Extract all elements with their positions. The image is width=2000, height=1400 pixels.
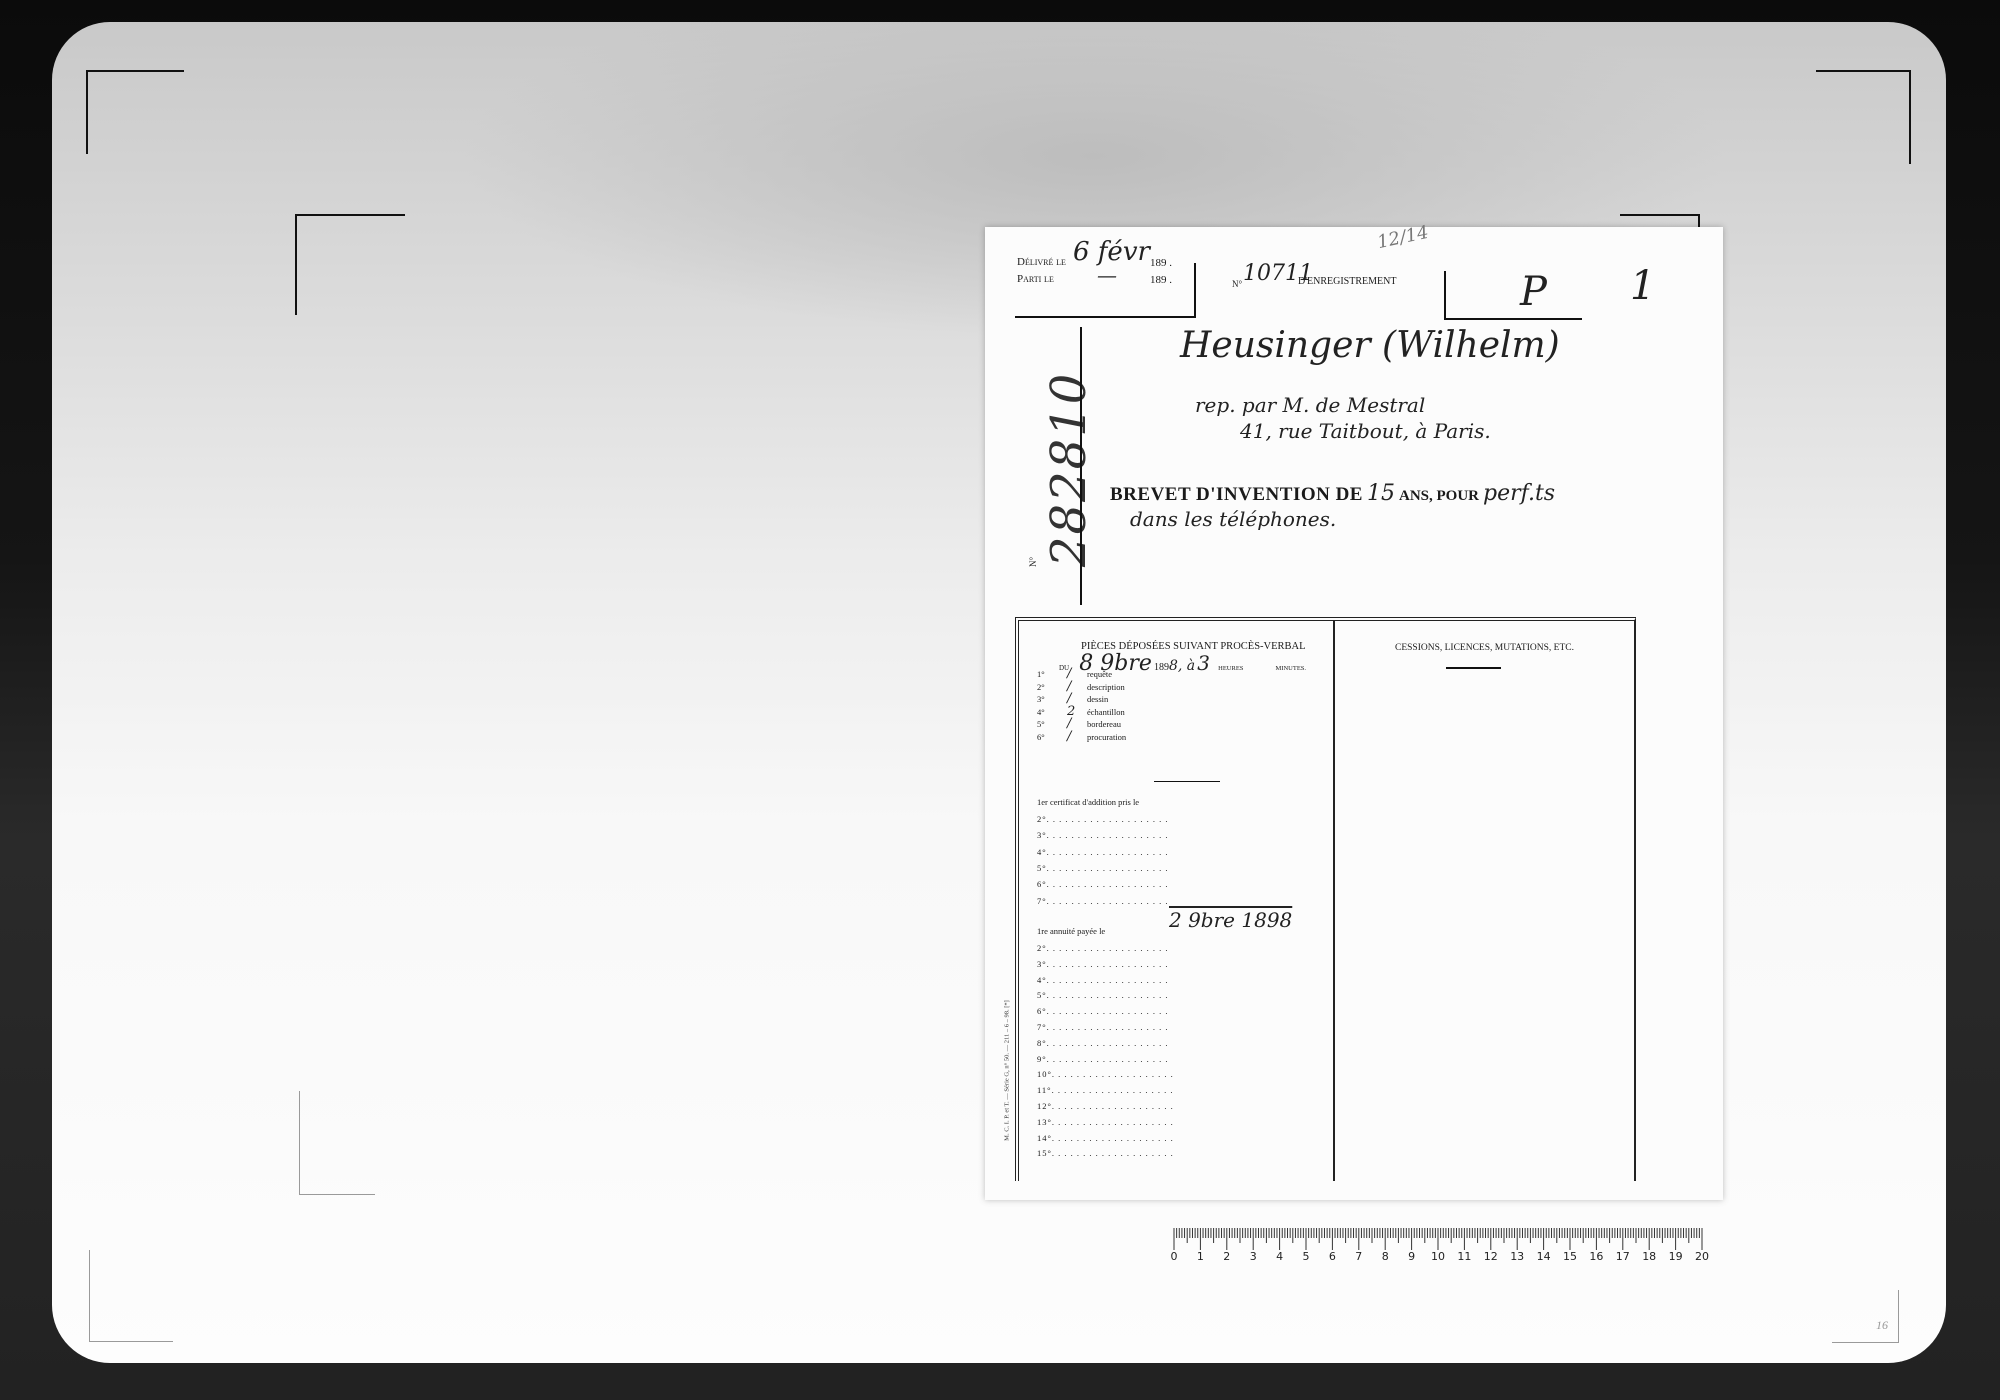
corner-note: 16 [1876,1318,1888,1333]
annuity-row: 11°. . . . . . . . . . . . . . . . . . .… [1037,1085,1173,1095]
ruler-label: 19 [1669,1250,1683,1263]
class-box-underline [1444,318,1582,320]
crop-mark-bottom-left-inner [299,1091,375,1195]
ruler-label: 3 [1250,1250,1257,1263]
ruler-label: 16 [1589,1250,1603,1263]
ruler-label: 17 [1616,1250,1630,1263]
delivered-year: 189 . [1150,257,1172,269]
piece-label: description [1087,682,1125,692]
minutes-label: MINUTES. [1276,665,1307,672]
patent-number-block: N° 282810 [1023,367,1083,567]
header-divider [1194,263,1196,318]
ruler-label: 1 [1197,1250,1204,1263]
scale-ruler: 01234567891011121314151617181920 [1170,1226,1708,1266]
ruler-label: 11 [1457,1250,1471,1263]
patent-title-line: BREVET D'INVENTION DE 15 ANS, POUR perf.… [1110,481,1555,506]
classification-number: 1 [1630,263,1655,309]
departed-label: Parti le [1017,273,1054,285]
annuity-row: 10°. . . . . . . . . . . . . . . . . . .… [1037,1069,1174,1079]
departed-value: — [1097,263,1117,287]
printer-imprint: M. C. I. P. et T. — Série G, n° 50. — 21… [1004,961,1011,1181]
deposit-year-suffix: 8, à [1169,658,1195,674]
certificate-first-label: 1er certificat d'addition pris le [1037,797,1139,807]
patent-number-prefix: N° [1028,557,1038,567]
ruler-label: 9 [1408,1250,1415,1263]
registration-prefix: N° [1232,279,1242,289]
deposit-hour: 3 [1197,651,1210,675]
certificate-row: 4°. . . . . . . . . . . . . . . . . . . … [1037,847,1169,857]
ruler-label: 6 [1329,1250,1336,1263]
annuity-row: 14°. . . . . . . . . . . . . . . . . . .… [1037,1133,1174,1143]
annuity-row: 2°. . . . . . . . . . . . . . . . . . . … [1037,943,1169,953]
piece-label: échantillon [1087,707,1125,717]
applicant-address: 41, rue Taitbout, à Paris. [1240,419,1491,443]
piece-label: bordereau [1087,719,1121,729]
certificate-row: 2°. . . . . . . . . . . . . . . . . . . … [1037,814,1169,824]
delivered-label: Délivré le [1017,256,1066,268]
certificate-row: 3°. . . . . . . . . . . . . . . . . . . … [1037,830,1169,840]
table-column-divider [1333,621,1335,1181]
pieces-separator [1154,781,1220,782]
piece-number: 2° [1037,682,1045,692]
ruler-label: 7 [1355,1250,1362,1263]
crop-mark-top-right-inner [1620,214,1700,228]
annuity-row: 5°. . . . . . . . . . . . . . . . . . . … [1037,990,1169,1000]
piece-label: dessin [1087,694,1108,704]
piece-number: 3° [1037,694,1045,704]
ruler-label: 2 [1223,1250,1230,1263]
departed-year: 189 . [1150,274,1172,286]
annuity-row: 15°. . . . . . . . . . . . . . . . . . .… [1037,1148,1174,1158]
annuity-row: 3°. . . . . . . . . . . . . . . . . . . … [1037,959,1169,969]
piece-number: 4° [1037,707,1045,717]
ruler-label: 20 [1695,1250,1709,1263]
patent-subject-line2: dans les téléphones. [1130,507,1336,531]
ruler-label: 18 [1642,1250,1656,1263]
applicant-representative: rep. par M. de Mestral [1195,393,1425,417]
annuity-row: 4°. . . . . . . . . . . . . . . . . . . … [1037,975,1169,985]
piece-label: procuration [1087,732,1126,742]
crop-mark-top-left-inner [295,214,405,315]
crop-mark-bottom-left-outer [89,1250,173,1342]
ruler-label: 10 [1431,1250,1445,1263]
annuity-row: 8°. . . . . . . . . . . . . . . . . . . … [1037,1038,1169,1048]
certificate-row: 5°. . . . . . . . . . . . . . . . . . . … [1037,863,1169,873]
annuity-row: 9°. . . . . . . . . . . . . . . . . . . … [1037,1054,1169,1064]
registration-label: D'ENREGISTREMENT [1298,276,1396,287]
annuity-row: 12°. . . . . . . . . . . . . . . . . . .… [1037,1101,1174,1111]
cessions-underline [1446,667,1501,669]
ruler-label: 14 [1537,1250,1551,1263]
ruler-label: 8 [1382,1250,1389,1263]
registry-table: PIÈCES DÉPOSÉES SUIVANT PROCÈS-VERBAL DU… [1015,617,1636,1181]
piece-number: 5° [1037,719,1045,729]
ruler-label: 12 [1484,1250,1498,1263]
ruler-label: 13 [1510,1250,1524,1263]
piece-count: / [1067,729,1071,744]
number-column-divider [1080,327,1082,605]
pencil-note: 12/14 [1375,222,1430,253]
crop-mark-bottom-right-outer [1832,1290,1899,1343]
annuity-row: 7°. . . . . . . . . . . . . . . . . . . … [1037,1022,1169,1032]
piece-number: 6° [1037,732,1045,742]
patent-number: 282810 [1041,372,1097,567]
patent-subject-line1: perf.ts [1483,481,1555,506]
cessions-heading: CESSIONS, LICENCES, MUTATIONS, ETC. [1395,643,1574,653]
deposit-year-prefix: 189 [1154,662,1169,673]
piece-number: 1° [1037,669,1045,679]
patent-card: Délivré le Parti le 6 févr — 189 . 189 .… [985,227,1723,1200]
class-box-left [1444,271,1446,319]
crop-mark-top-right-outer [1816,70,1911,164]
annuity-first-label: 1re annuité payée le [1037,926,1105,936]
certificate-row: 7°. . . . . . . . . . . . . . . . . . . … [1037,896,1169,906]
ruler-label: 15 [1563,1250,1577,1263]
ruler-ticks [1170,1228,1708,1250]
applicant-name: Heusinger (Wilhelm) [1180,325,1560,366]
annuity-row: 6°. . . . . . . . . . . . . . . . . . . … [1037,1006,1169,1016]
patent-duration-years: 15 [1367,481,1395,506]
ruler-label: 5 [1303,1250,1310,1263]
classification-letter: P [1520,269,1547,315]
piece-label: requête [1087,669,1112,679]
annuity-first-value: 2 9bre 1898 [1169,908,1292,932]
annuity-row: 13°. . . . . . . . . . . . . . . . . . .… [1037,1117,1174,1127]
header-underline-left [1015,316,1195,318]
certificate-row: 6°. . . . . . . . . . . . . . . . . . . … [1037,879,1169,889]
crop-mark-top-left-outer [86,70,184,154]
ruler-label: 0 [1171,1250,1178,1263]
title-middle: ANS, POUR [1399,488,1479,504]
title-prefix: BREVET D'INVENTION DE [1110,484,1363,505]
ruler-label: 4 [1276,1250,1283,1263]
hours-label: HEURES [1218,665,1243,672]
